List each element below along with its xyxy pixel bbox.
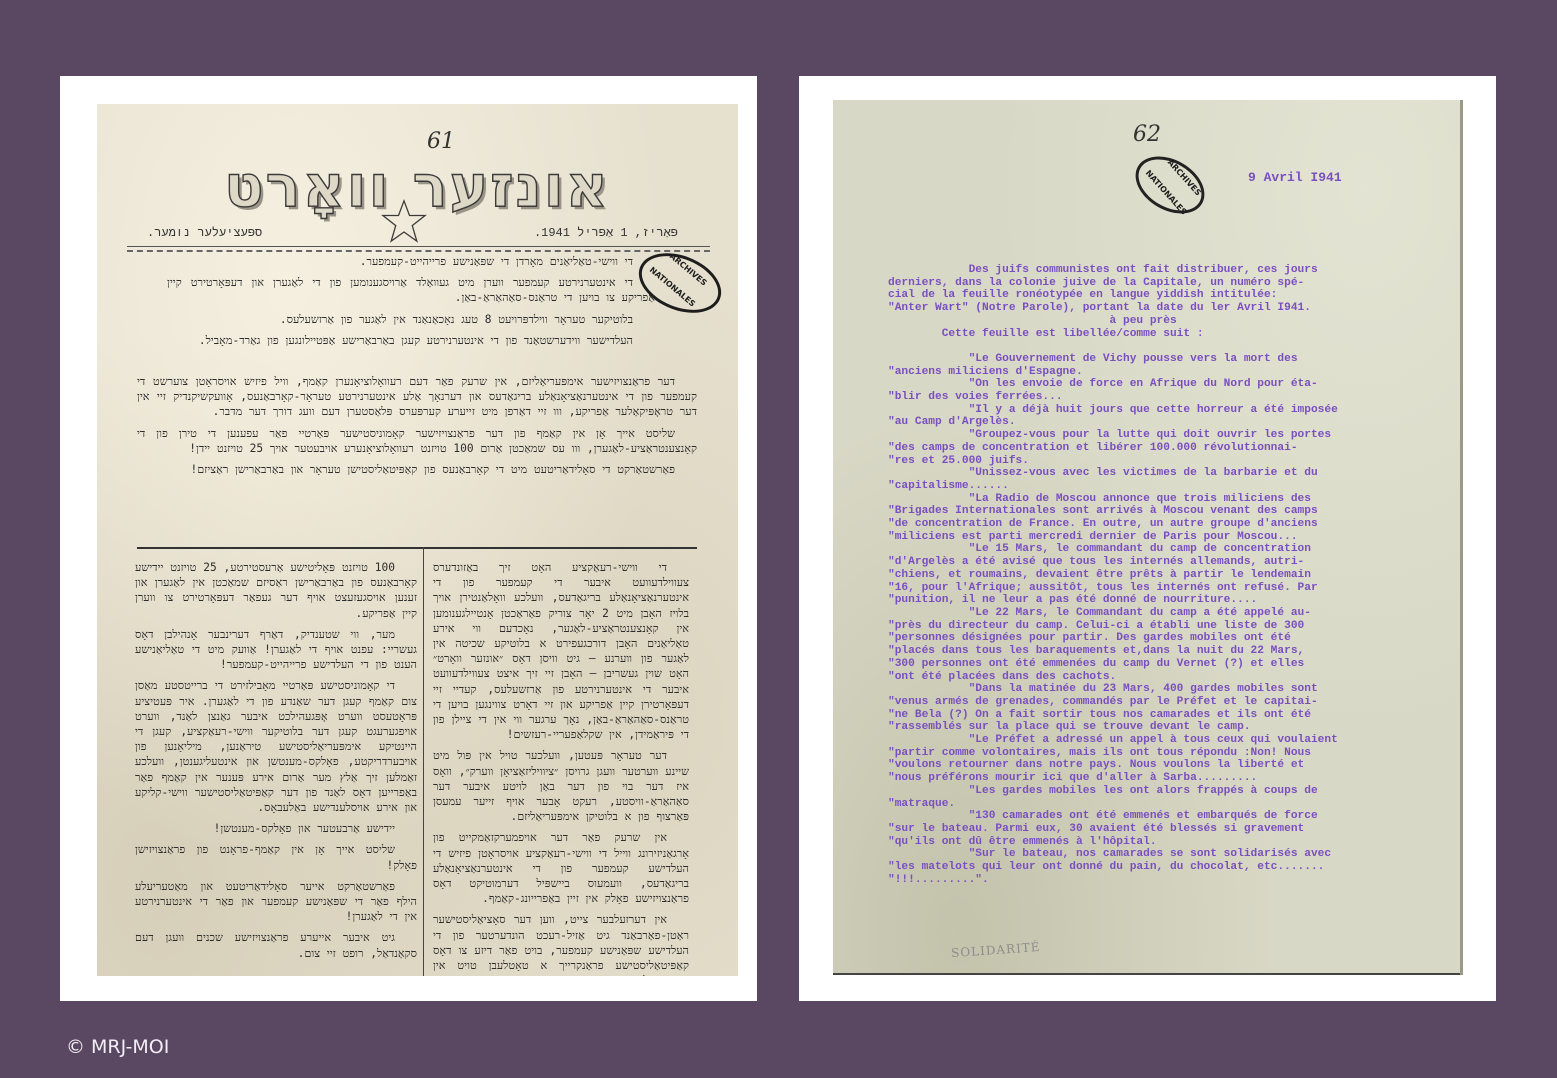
report-line: "Dans la matinée du 23 Mars, 400 gardes … — [888, 683, 1338, 696]
archive-page-number: 62 — [1133, 122, 1161, 147]
paragraph: אין שרעק פאַר דער אויפמערקזאַמקייט פון א… — [433, 830, 689, 906]
report-line: "Unissez-vous avec les victimes de la ba… — [888, 467, 1338, 480]
french-police-report-page: 62 ARCHIVES NATIONALES 9 Avril I941 Des … — [833, 100, 1463, 975]
report-line: "personnes désignées pour partir. Des ga… — [888, 632, 1338, 645]
paragraph: דער פראַנצויזישער אימפּעריאַליזם, אין שר… — [137, 374, 697, 420]
report-line: "Les gardes mobiles les ont alors frappé… — [888, 785, 1338, 798]
report-line: "130 camarades ont été emmenés et embarq… — [888, 810, 1338, 823]
report-line: "anciens miliciens d'Espagne. — [888, 366, 1338, 379]
paragraph: פאַרשטאַרקט די סאָלידאַריטעט מיט די קאָר… — [137, 462, 697, 477]
right-document-frame: 62 ARCHIVES NATIONALES 9 Avril I941 Des … — [799, 76, 1496, 1001]
report-line: "les matelots qui leur ont donné du pain… — [888, 861, 1338, 874]
report-line: "au Camp d'Argelès. — [888, 416, 1338, 429]
report-line: "On les envoie de force en Afrique du No… — [888, 378, 1338, 391]
report-line: "rassemblés sur la place qui se trouve d… — [888, 721, 1338, 734]
report-line: "des camps de concentration et libérer 1… — [888, 442, 1338, 455]
report-line: "punition, il ne leur a pas été donné de… — [888, 594, 1338, 607]
report-line — [888, 340, 1338, 353]
special-issue-label: ספּעציעלער נומער. — [147, 226, 262, 240]
masthead-rule — [127, 246, 710, 247]
faded-signature-stamp: SOLIDARITÉ — [951, 940, 1041, 960]
left-column-text: 100 טויזנט פּאָליטישע אַרעסטירטע, 25 טוי… — [135, 560, 417, 967]
paragraph: שליסט אייך אָן אין קאַמף-פראָנט פון פראַ… — [135, 842, 417, 872]
column-top-rule — [137, 547, 697, 549]
paragraph: 100 טויזנט פּאָליטישע אַרעסטירטע, 25 טוי… — [135, 560, 417, 621]
report-line: "res et 25.000 juifs. — [888, 455, 1338, 468]
report-line: "près du directeur du camp. Celui-ci a é… — [888, 620, 1338, 633]
paragraph: שליסט אייך אָן אין קאַמף פון דער פראַנצו… — [137, 426, 697, 456]
paragraph: יידישע אַרבעטער און פאָלקס-מענטשן! — [135, 821, 417, 836]
report-line: "!!!.........". — [888, 874, 1338, 887]
issue-date-line: פּאַריז, 1 אַפּריל 1941. — [534, 226, 678, 240]
report-line: "ont été placées dans des cachots. — [888, 671, 1338, 684]
headline-paragraphs: די ווישי-טאַליאַנים מאָרדן די שפּאַנישע … — [167, 254, 655, 354]
report-line: à peu près — [888, 315, 1338, 328]
paragraph: בלוטיקער טעראָר ווילדפּרויעט 8 טעג נאָכא… — [167, 312, 655, 327]
copyright-credit: © MRJ-MOI — [66, 1036, 169, 1058]
report-line: cial de la feuille ronéotypée en langue … — [888, 289, 1338, 302]
report-line: "Le 22 Mars, le Commandant du camp a été… — [888, 607, 1338, 620]
archive-page-number: 61 — [427, 129, 455, 154]
paragraph: גיט איבער אייערע פראַנצויזישע שכנים וועג… — [135, 930, 417, 960]
report-line: "Le Gouvernement de Vichy pousse vers la… — [888, 353, 1338, 366]
paragraph: העלדישער ווידערשטאַנד פון די אינטערנירטע… — [167, 333, 655, 348]
report-line: "d'Argelès a été avisé que tous les inte… — [888, 556, 1338, 569]
paragraph: די אינטערנירטע קעמפער ווערן מיט געוואַלד… — [167, 275, 655, 305]
report-line: derniers, dans la colonie juive de la Ca… — [888, 277, 1338, 290]
report-line: "nous préférons mourir ici que d'aller à… — [888, 772, 1338, 785]
report-line: "Sur le bateau, nos camarades se sont so… — [888, 848, 1338, 861]
report-line: "blir des voies ferrées... — [888, 391, 1338, 404]
report-line: "miliciens est parti mercredi dernier de… — [888, 531, 1338, 544]
paragraph: דער טעראָר פּעטען, וועלכער טויל אין פּול… — [433, 748, 689, 824]
report-line: Cette feuille est libellée/comme suit : — [888, 328, 1338, 341]
report-line: "voulons retourner dans notre pays. Nous… — [888, 759, 1338, 772]
report-line: "Groupez-vous pour la lutte qui doit ouv… — [888, 429, 1338, 442]
paragraph: די ווישי-טאַליאַנים מאָרדן די שפּאַנישע … — [167, 254, 655, 269]
paragraph: מער, ווי שטענדיק, דאַרף דערינבער אָנהילב… — [135, 627, 417, 673]
report-line: "sur le bateau. Parmi eux, 30 avaient ét… — [888, 823, 1338, 836]
archives-nationales-stamp: ARCHIVES NATIONALES — [1125, 145, 1214, 225]
report-line: "capitalisme...... — [888, 480, 1338, 493]
report-line: "La Radio de Moscou annonce que trois mi… — [888, 493, 1338, 506]
paragraph: אין דערזעלבער צייט, ווען דער סאָציאַליסט… — [433, 912, 689, 976]
right-column-text: די ווישי-רעאַקציע האָט זיך באַזונדערס צע… — [433, 560, 689, 976]
report-line: "de concentration de France. En outre, u… — [888, 518, 1338, 531]
report-line: Des juifs communistes ont fait distribue… — [888, 264, 1338, 277]
left-document-frame: 61 אונזער וואָרט פּאַריז, 1 אַפּריל 1941… — [60, 76, 757, 1001]
paragraph: די קאָמוניסטישע פּאַרטיי מאָבילזירט די ב… — [135, 678, 417, 815]
star-icon — [381, 199, 427, 243]
report-line: "placés dans tous les baraquements et,da… — [888, 645, 1338, 658]
yiddish-newspaper-page: 61 אונזער וואָרט פּאַריז, 1 אַפּריל 1941… — [97, 104, 738, 976]
column-divider — [423, 547, 424, 976]
report-body: Des juifs communistes ont fait distribue… — [888, 264, 1338, 886]
report-date: 9 Avril I941 — [1248, 172, 1342, 185]
report-line: "Anter Wart" (Notre Parole), portant la … — [888, 302, 1338, 315]
masthead-dashed-rule — [127, 250, 710, 252]
paragraph: פאַרשטאַרקט אייער סאָלידאַריטעט און מאַט… — [135, 879, 417, 925]
report-line: "matraque. — [888, 798, 1338, 811]
report-line: "16, pour l'Afrique; aussitôt, tous les … — [888, 582, 1338, 595]
report-line: "venus armés de grenades, commandés par … — [888, 696, 1338, 709]
report-line: "ne Bela (?) On a fait sortir tous nos c… — [888, 709, 1338, 722]
report-line: "qu'ils ont dû être emmenés à l'hôpital. — [888, 836, 1338, 849]
report-line: "300 personnes ont été emmenées du camp … — [888, 658, 1338, 671]
report-line: "Le Préfet a adressé un appel à tous ceu… — [888, 734, 1338, 747]
paragraph: די ווישי-רעאַקציע האָט זיך באַזונדערס צע… — [433, 560, 689, 742]
report-line: "Le 15 Mars, le commandant du camp de co… — [888, 543, 1338, 556]
report-line: "chiens, et roumains, devaient être prêt… — [888, 569, 1338, 582]
lead-paragraphs: דער פראַנצויזישער אימפּעריאַליזם, אין שר… — [137, 374, 697, 483]
report-line: "partir comme volontaires, mais ils ont … — [888, 747, 1338, 760]
report-line: "Brigades Internationales sont arrivés à… — [888, 505, 1338, 518]
report-line: "Il y a déjà huit jours que cette horreu… — [888, 404, 1338, 417]
